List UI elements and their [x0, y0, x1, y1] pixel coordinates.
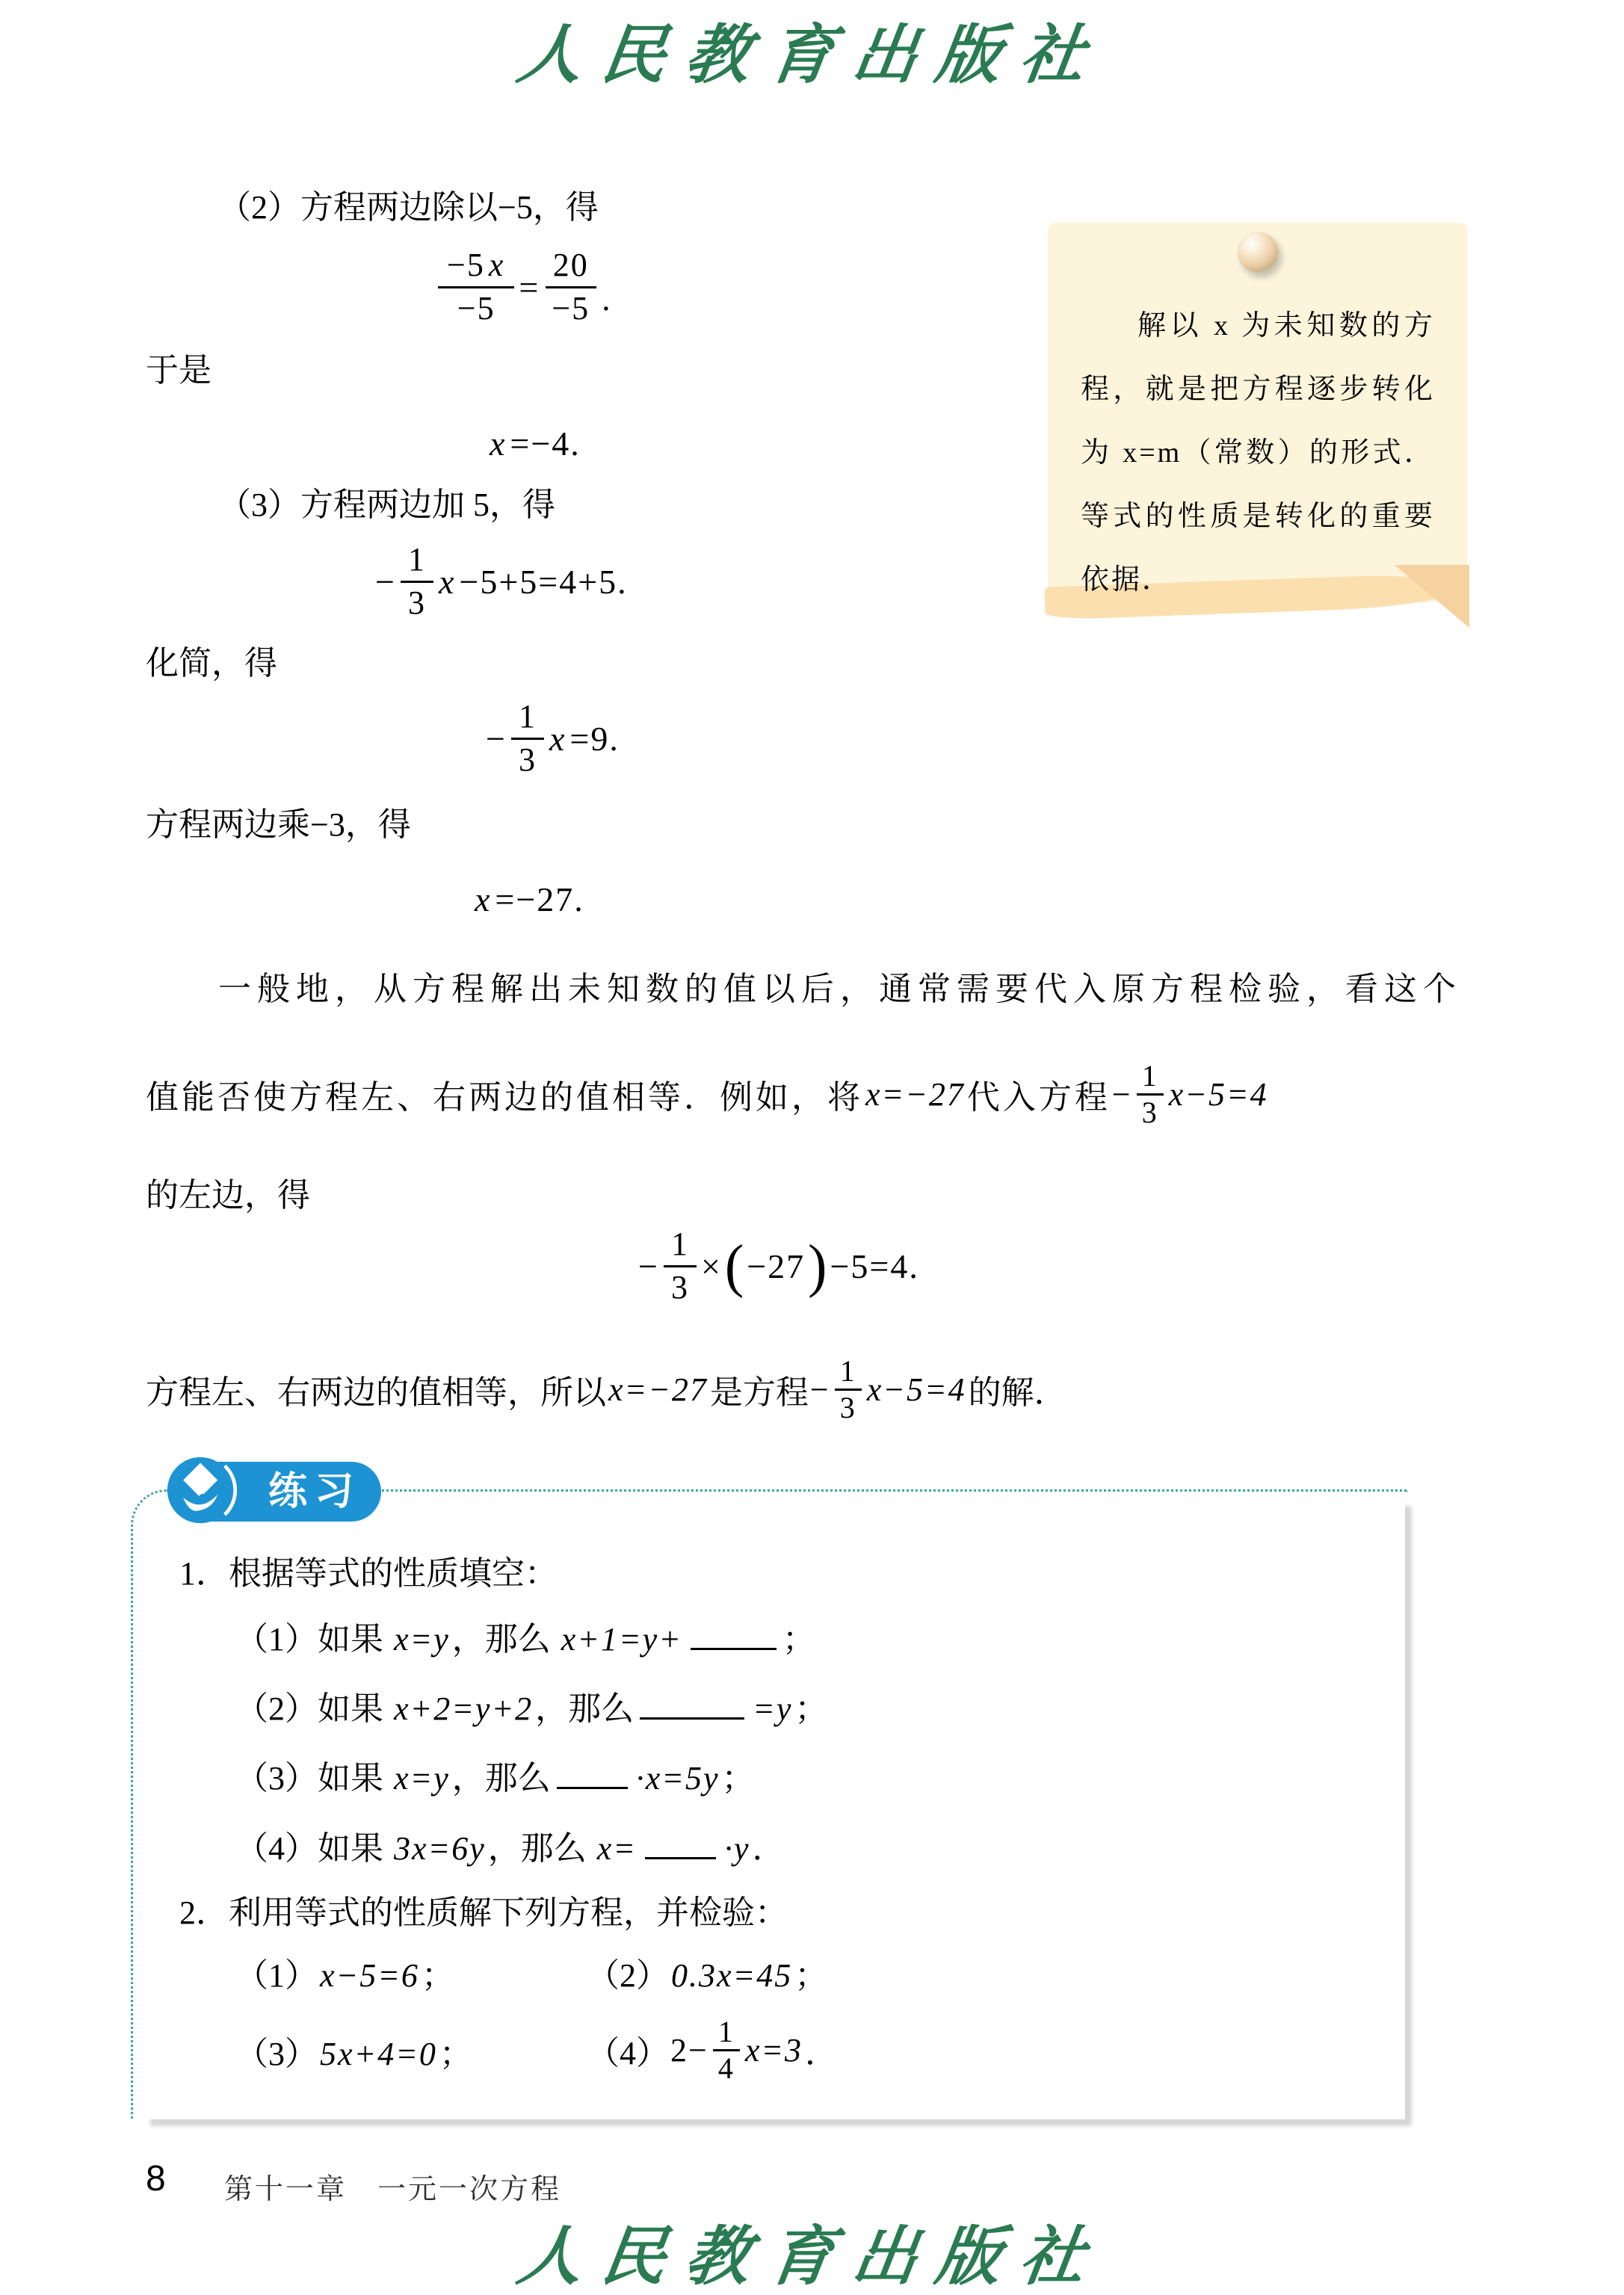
- page-number: 8: [146, 2158, 166, 2199]
- denominator: −5: [450, 288, 503, 330]
- denominator: 4: [713, 2051, 740, 2086]
- inline-math: x−5=4: [1167, 1075, 1271, 1113]
- numerator: 1: [713, 2015, 740, 2051]
- text: 代入方程: [967, 1070, 1111, 1118]
- paragraph-line1: 一般地，从方程解出未知数的值以后，通常需要代入原方程检验，看这个: [218, 969, 1462, 1010]
- variable-x: x: [472, 880, 493, 918]
- simplify-label: 化简，得: [146, 643, 277, 685]
- text: （1）如果: [235, 1621, 392, 1658]
- text: 是方程: [710, 1365, 809, 1413]
- coefficient: −5: [445, 247, 487, 283]
- inline-math: x=: [595, 1830, 639, 1867]
- practice-q1-head: 1．根据等式的性质填空：: [179, 1553, 558, 1595]
- paragraph-line2: 值能否使方程左、右两边的值相等．例如，将 x=−27 代入方程 − 1 3 x−…: [146, 1052, 1271, 1136]
- inline-math: x−5=4: [865, 1371, 969, 1409]
- numerator: 1: [835, 1354, 862, 1391]
- minus-sign: −: [484, 719, 508, 759]
- numerator: 20: [546, 245, 596, 288]
- fraction: 1 4: [713, 2015, 740, 2086]
- value: =−4.: [508, 424, 581, 463]
- inline-math: 3x=6y: [392, 1830, 488, 1867]
- conclusion-line: 方程左、右两边的值相等，所以 x=−27 是方程 − 1 3 x−5=4 的解．: [146, 1345, 1067, 1433]
- text: ；: [794, 1957, 827, 1994]
- numerator: 1: [511, 696, 544, 740]
- minus-sign: −: [637, 1247, 661, 1286]
- inline-math: x=−27: [863, 1075, 967, 1113]
- inline-math: x=−27: [606, 1371, 710, 1409]
- fill-blank: [557, 1787, 628, 1789]
- text: ；: [794, 1690, 827, 1727]
- inline-math: ·x=5y: [634, 1760, 722, 1797]
- text: ．: [805, 2026, 838, 2074]
- text: 值能否使方程左、右两边的值相等．例如，将: [146, 1070, 863, 1118]
- text: 的解．: [969, 1365, 1067, 1413]
- text: ，那么: [452, 1760, 551, 1797]
- publisher-logo-bottom: 人民教育出版社: [0, 2205, 1624, 2295]
- publisher-logo-top: 人民教育出版社: [0, 3, 1624, 96]
- inline-math: x+2=y+2: [392, 1690, 535, 1727]
- text: 方程左、右两边的值相等，所以: [146, 1365, 606, 1413]
- value: −27: [745, 1247, 806, 1286]
- text: （4）: [587, 2026, 669, 2074]
- inline-math: x−5=6: [318, 1957, 422, 1994]
- equation-divide: −5x −5 = 20 −5 .: [435, 245, 614, 329]
- text: ，那么: [488, 1830, 595, 1867]
- practice-title: 练习: [248, 1462, 381, 1522]
- text: ；: [722, 1760, 755, 1797]
- practice-gem-icon: [166, 1456, 238, 1528]
- equation-x-equals-minus27: x=−27.: [472, 879, 586, 921]
- numerator: 1: [401, 540, 433, 583]
- text: （4）如果: [235, 1830, 392, 1867]
- text: （1）: [235, 1957, 318, 1994]
- numerator: −5x: [438, 245, 514, 288]
- value: =−27.: [493, 880, 585, 918]
- equals-sign: =: [517, 268, 541, 307]
- fraction: 1 3: [1137, 1059, 1164, 1130]
- fraction: 20 −5: [544, 245, 597, 329]
- inline-math: 0.3x=45: [669, 1957, 794, 1994]
- inline-math: 5x+4=0: [318, 2036, 439, 2072]
- inline-math: =y: [750, 1690, 794, 1727]
- minus-sign: −: [1111, 1075, 1134, 1113]
- inline-math: x+1=y+: [559, 1621, 685, 1658]
- paragraph-line3: 的左边，得: [146, 1175, 310, 1217]
- practice-q2-item1: （1）x−5=6；: [235, 1955, 454, 1997]
- fraction: −5x −5: [438, 245, 514, 329]
- inline-math: x=y: [392, 1621, 452, 1658]
- equation-add5: − 1 3 x −5+5=4+5.: [374, 540, 629, 623]
- text: （2）: [587, 1957, 669, 1994]
- fraction: 1 3: [835, 1354, 862, 1425]
- denominator: 3: [511, 740, 544, 781]
- fill-blank: [640, 1717, 744, 1720]
- text: ；: [439, 2036, 472, 2072]
- expression: =9.: [568, 719, 620, 759]
- step2-intro: （2）方程两边除以−5，得: [218, 187, 599, 229]
- fill-blank: [645, 1857, 716, 1859]
- variable-x: x: [487, 247, 507, 283]
- practice-q1-item4: （4）如果 3x=6y，那么 x=·y．: [235, 1828, 785, 1870]
- note-text: 解以 x 为未知数的方程，就是把方程逐步转化为 x=m（常数）的形式．等式的性质…: [1048, 223, 1468, 613]
- fraction: 1 3: [664, 1224, 697, 1308]
- expression: 2−: [669, 2031, 710, 2069]
- minus-sign: −: [809, 1371, 832, 1409]
- minus-sign: −: [374, 562, 398, 602]
- period: .: [600, 279, 614, 329]
- practice-q2-item2: （2）0.3x=45；: [587, 1955, 827, 1997]
- text: ，那么: [535, 1690, 634, 1727]
- check-equation: − 1 3 × ( −27 ) −5=4.: [637, 1224, 921, 1308]
- practice-q1-item1: （1）如果 x=y，那么 x+1=y+；: [235, 1619, 815, 1661]
- text: ，那么: [452, 1621, 559, 1658]
- denominator: 3: [1137, 1096, 1164, 1130]
- text: ；: [782, 1621, 815, 1658]
- numerator: 1: [664, 1224, 697, 1267]
- textbook-page: 人民教育出版社 （2）方程两边除以−5，得 −5x −5 = 20 −5 . 于…: [0, 0, 1624, 2295]
- sticky-note: 解以 x 为未知数的方程，就是把方程逐步转化为 x=m（常数）的形式．等式的性质…: [1048, 223, 1468, 602]
- practice-header-pill: 练习: [170, 1462, 381, 1522]
- denominator: 3: [664, 1267, 697, 1309]
- denominator: −5: [544, 288, 597, 330]
- chapter-title: 第十一章 一元一次方程: [224, 2166, 561, 2207]
- left-paren: (: [723, 1239, 745, 1293]
- equation-simplified: − 1 3 x =9.: [484, 696, 621, 780]
- denominator: 3: [835, 1391, 862, 1425]
- variable-x: x: [547, 719, 568, 759]
- expression: −5+5=4+5.: [457, 562, 629, 602]
- text: ；: [422, 1957, 454, 1994]
- variable-x: x: [487, 424, 508, 463]
- fraction: 1 3: [401, 540, 433, 623]
- step3-intro: （3）方程两边加 5，得: [218, 484, 555, 526]
- text: （3）: [235, 2036, 318, 2072]
- denominator: 3: [401, 583, 433, 624]
- practice-q2-head: 2．利用等式的性质解下列方程，并检验：: [179, 1892, 788, 1934]
- practice-q1-item2: （2）如果 x+2=y+2，那么=y；: [235, 1688, 827, 1730]
- inline-math: ·y: [722, 1830, 753, 1867]
- numerator: 1: [1137, 1059, 1164, 1096]
- then-label: 于是: [146, 350, 212, 392]
- text: ．: [753, 1830, 785, 1867]
- practice-q2-item4: （4） 2− 1 4 x=3 ．: [587, 2006, 838, 2094]
- multiply-sign: ×: [700, 1247, 723, 1286]
- practice-q2-item3: （3）5x+4=0；: [235, 2033, 472, 2075]
- variable-x: x: [436, 562, 457, 602]
- equation-x-equals-minus4: x=−4.: [487, 423, 582, 465]
- inline-math: x=y: [392, 1760, 452, 1797]
- text: （2）如果: [235, 1690, 392, 1727]
- multiply-label: 方程两边乘−3，得: [146, 804, 411, 846]
- practice-q1-item3: （3）如果 x=y，那么·x=5y；: [235, 1758, 755, 1800]
- fill-blank: [691, 1648, 777, 1650]
- text: （3）如果: [235, 1760, 392, 1797]
- inline-math: x=3: [743, 2031, 805, 2069]
- fraction: 1 3: [511, 696, 544, 780]
- right-paren: ): [806, 1239, 828, 1293]
- expression: −5=4.: [828, 1247, 920, 1286]
